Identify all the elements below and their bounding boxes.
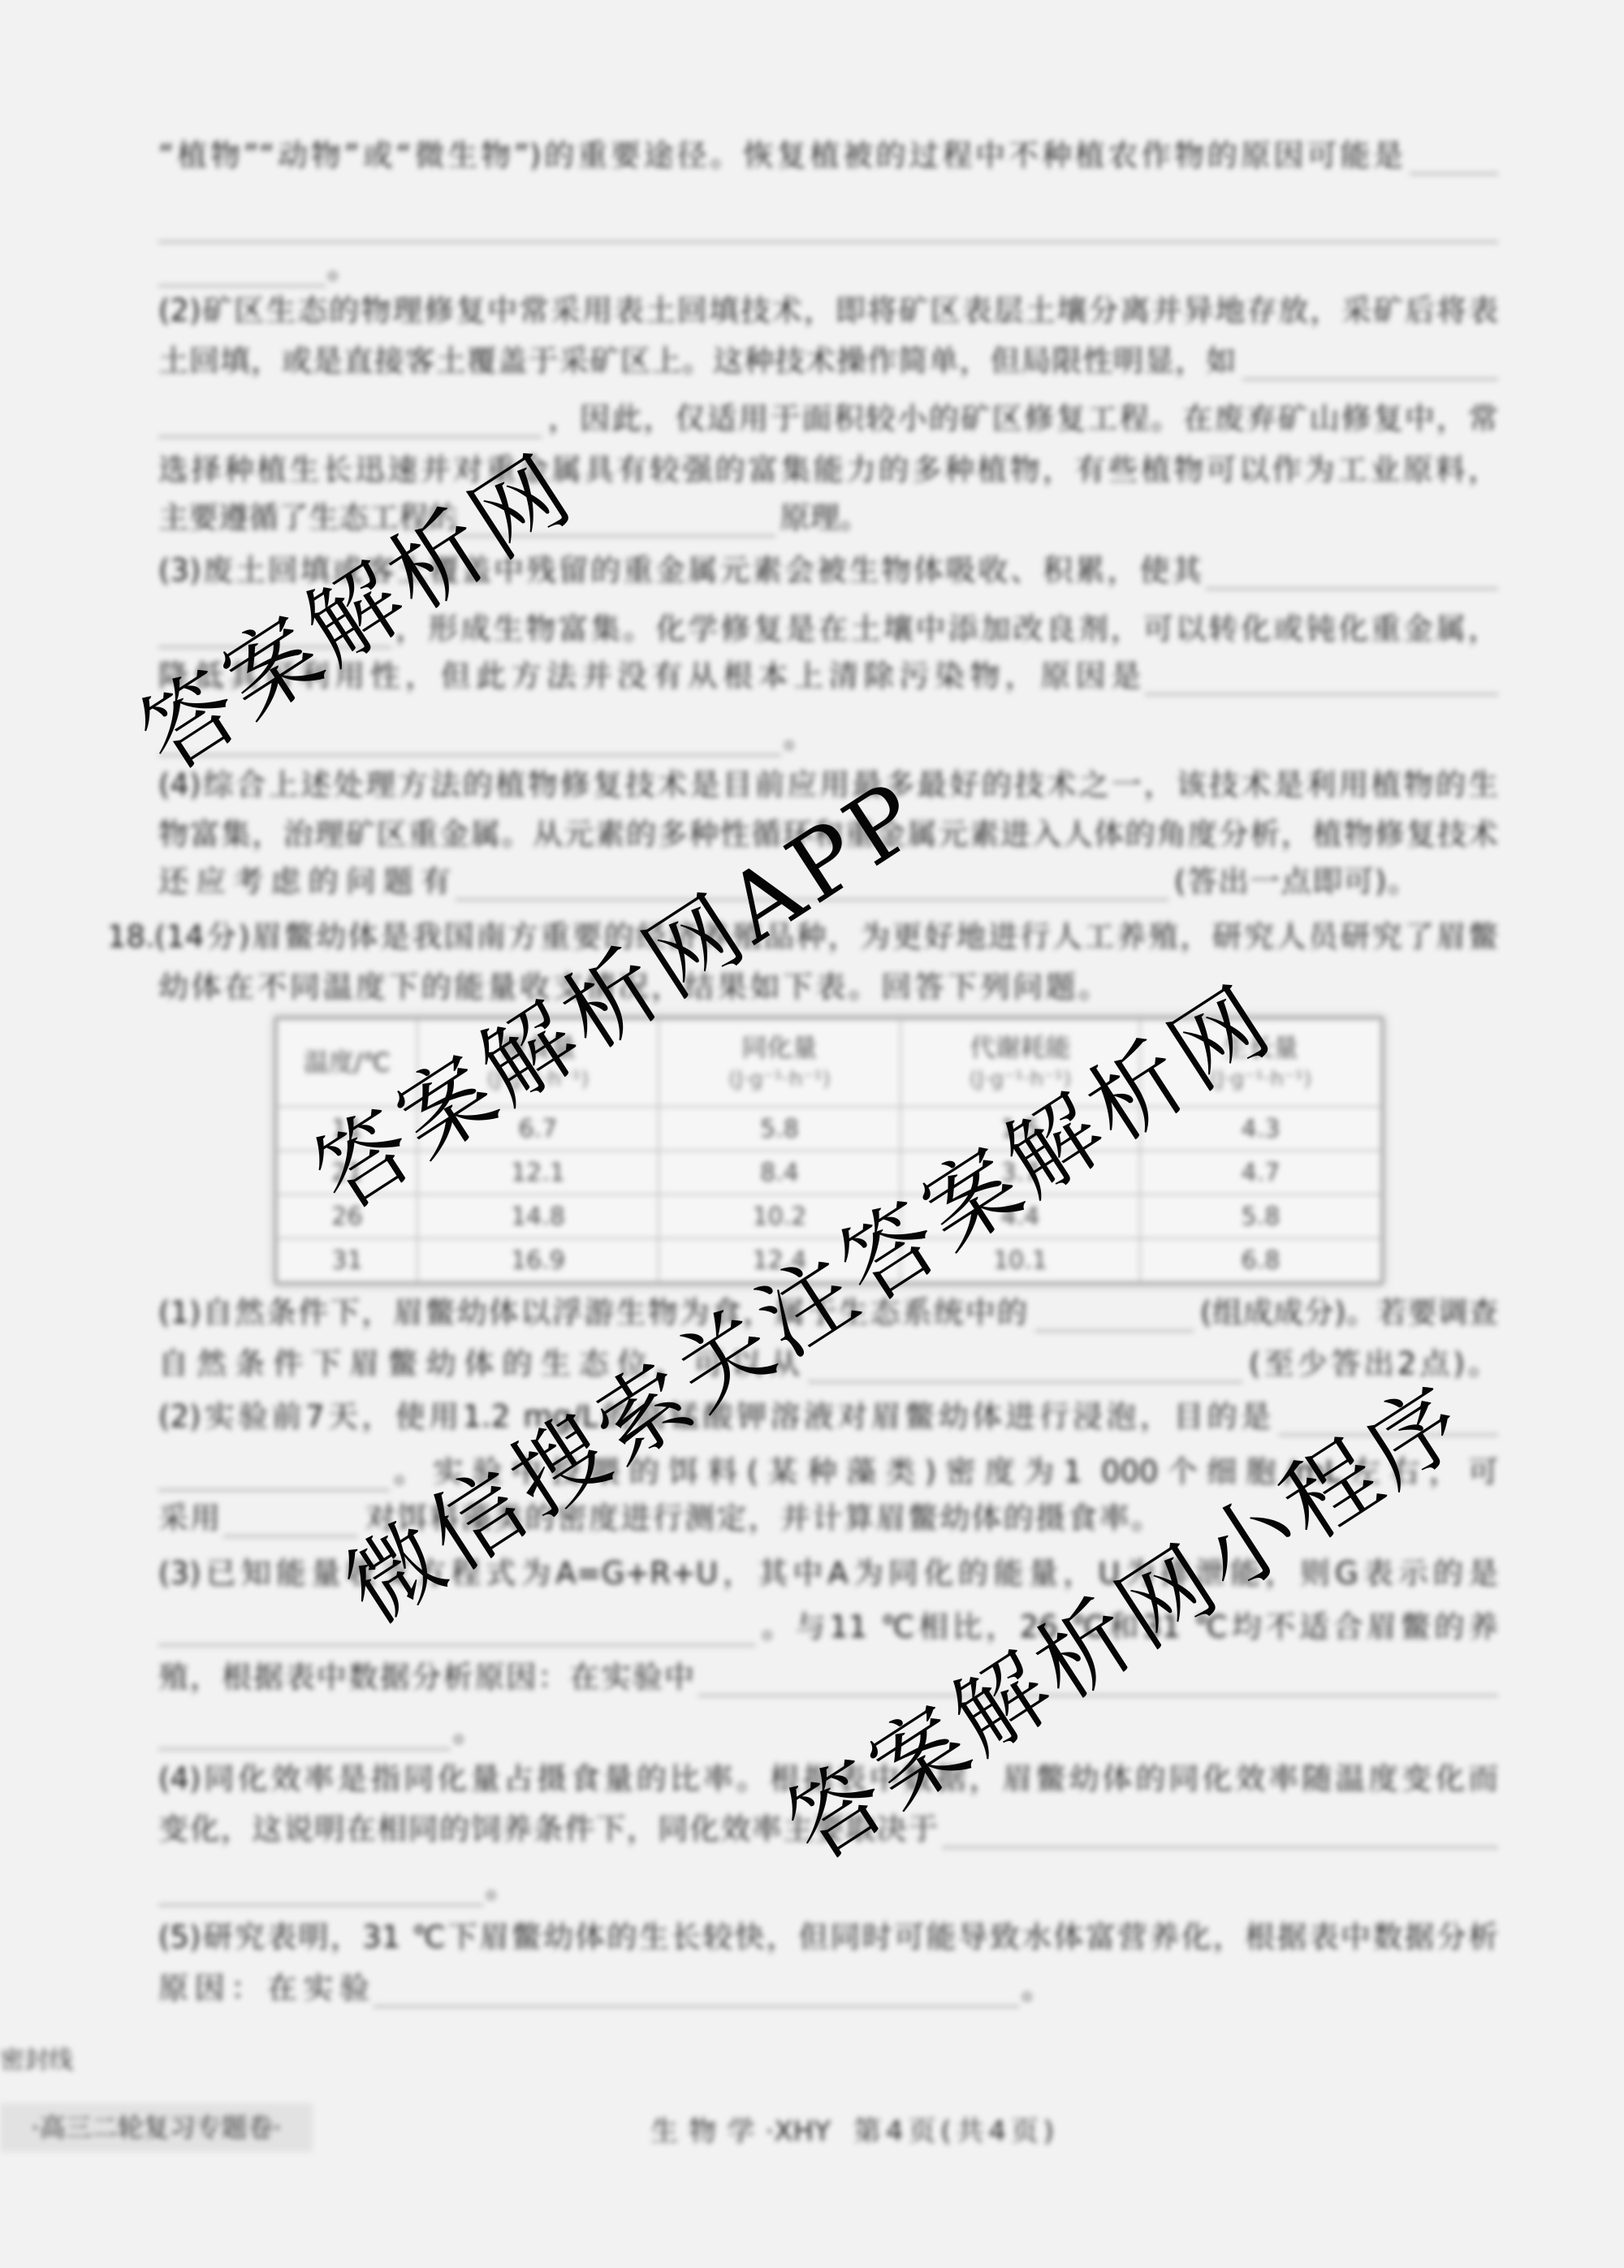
exam-page: “植物”“动物”或“微生物”)的重要途径。恢复植被的过程中不种植农作物的原因可能… [0,0,1624,2268]
question-text: ，形成生物富集。化学修复是在土壤中添加改良剂，可以转化或钝化重金属， [395,610,1498,649]
text-line: 原因：在实验 。 [0,1969,1624,2008]
question-text: 采用 [158,1499,220,1538]
text-line: (4)综合上述处理方法的植物修复技术是目前应用最多最好的技术之一，该技术是利用植… [0,766,1624,805]
question-text: 土回填，或是直接客土覆盖于采矿区上。这种技术操作简单，但局限性明显，如 [158,342,1236,381]
text-line [0,205,1624,244]
text-line: 主要遵循了生态工程的 原理。 [0,499,1624,538]
question-text: 选择种植生长迅速并对重金属具有较强的富集能力的多种植物，有些植物可以作为工业原料… [158,451,1498,490]
text-line: “植物”“动物”或“微生物”)的重要途径。恢复植被的过程中不种植农作物的原因可能… [0,136,1624,175]
text-line: 殖，根据表中数据分析原因：在实验中 [0,1658,1624,1697]
answer-blank [1035,1294,1194,1333]
question-text: (组成成分)。若要调查 [1200,1294,1498,1333]
table-cell: 16.9 [417,1238,659,1283]
question-text: (至少答出2点)。 [1249,1345,1498,1384]
table-cell: 5.8 [659,1107,901,1151]
punctuation: 。 [1021,1969,1054,2008]
table-cell: 14.8 [417,1194,659,1238]
punctuation: 。 [784,718,816,757]
text-line: ，因此，仅适用于面积较小的矿区修复工程。在废弃矿山修复中，常 [0,400,1624,438]
answer-blank [374,1969,1019,2008]
answer-blank [223,1499,357,1538]
answer-blank [158,248,326,287]
exam-series-label: ·高三二轮复习专题卷· [0,2103,313,2152]
question-text: 原理。 [780,499,869,538]
subject-label: 生物学·XHY [650,2113,831,2150]
answer-blank [158,1453,390,1492]
table-cell: 4.7 [1140,1151,1382,1194]
page-number: 第4页(共4页) [853,2113,1054,2150]
answer-blank [1145,657,1498,696]
answer-blank [158,1712,451,1751]
text-line: 土回填，或是直接客土覆盖于采矿区上。这种技术操作简单，但局限性明显，如 [0,342,1624,381]
margin-note: 密封线 [0,2043,73,2079]
punctuation: 。 [453,1712,486,1751]
text-line: (3)已知能量收支方程式为A=G+R+U，其中A为同化的能量，U为排泄能，则G表… [0,1554,1624,1593]
question-text: 殖，根据表中数据分析原因：在实验中 [158,1658,694,1697]
answer-blank [1410,136,1498,175]
header-unit: (J·g⁻¹·h⁻¹) [659,1065,900,1094]
question-text: (2)矿区生态的物理修复中常采用表土回填技术，即将矿区表层土壤分离并异地存放，采… [158,292,1498,330]
answer-blank [1242,342,1498,381]
text-line: 。 [0,1868,1624,1907]
answer-blank [158,1608,755,1647]
header-title: 同化量 [659,1032,900,1065]
question-text: (答出一点即可)。 [1174,862,1418,901]
answer-blank [942,1810,1498,1849]
question-text: 原因：在实验 [158,1969,369,2008]
punctuation: 。 [486,1868,518,1907]
question-text: “植物”“动物”或“微生物”)的重要途径。恢复植被的过程中不种植农作物的原因可能… [158,136,1403,175]
answer-blank [1206,551,1498,590]
answer-blank [158,1868,483,1907]
answer-blank [808,1345,1242,1384]
punctuation: 。 [327,248,360,287]
question-text: ，因此，仅适用于面积较小的矿区修复工程。在废弃矿山修复中，常 [548,400,1498,438]
table-cell: 5.8 [1140,1194,1382,1238]
table-cell: 8.4 [659,1151,901,1194]
question-number: 18. [107,918,154,957]
text-line: 。 [0,248,1624,287]
answer-blank [158,400,542,438]
question-text: (5)研究表明，31 ℃下眉鳖幼体的生长较快，但同时可能导致水体富营养化，根据表… [158,1918,1498,1957]
column-header-assimilation: 同化量(J·g⁻¹·h⁻¹) [659,1018,901,1107]
text-line: (2)矿区生态的物理修复中常采用表土回填技术，即将矿区表层土壤分离并异地存放，采… [0,292,1624,330]
answer-blank [158,205,1498,244]
text-line: 幼体在不同温度下的能量收支情况，结果如下表。回答下列问题。 [0,968,1624,1007]
text-line: 选择种植生长迅速并对重金属具有较强的富集能力的多种植物，有些植物可以作为工业原料… [0,451,1624,490]
text-line: 。 [0,1712,1624,1751]
table-cell: 31 [276,1238,417,1283]
text-line: (5)研究表明，31 ℃下眉鳖幼体的生长较快，但同时可能导致水体富营养化，根据表… [0,1918,1624,1957]
question-text: 还应考虑的问题有 [158,862,451,901]
table-cell: 6.8 [1140,1238,1382,1283]
text-line: (3)废土回填或客土覆盖中残留的重金属元素会被生物体吸收、积累，使其 [0,551,1624,590]
text-line: 。与11 ℃相比，26 ℃和31 ℃均不适合眉鳖的养 [0,1608,1624,1647]
